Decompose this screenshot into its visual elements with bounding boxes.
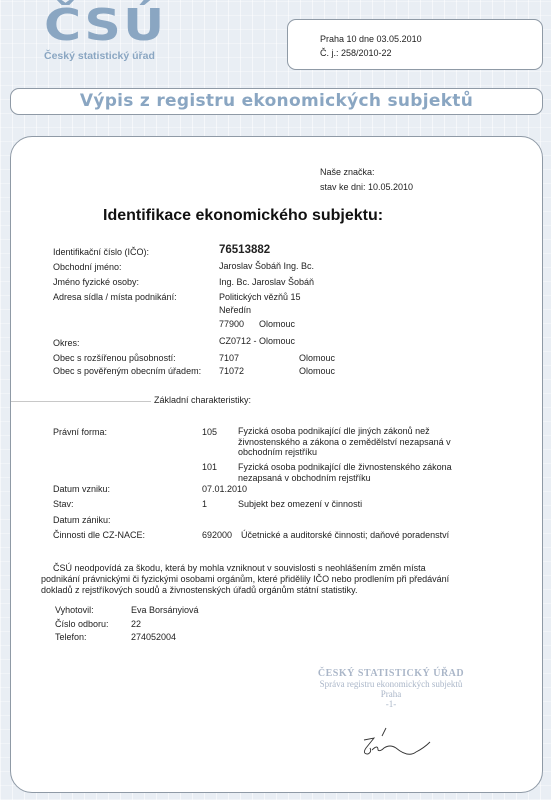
our-reference: Naše značka: stav ke dni: 10.05.2010 bbox=[320, 165, 413, 195]
person-name-value: Ing. Bc. Jaroslav Šobáň bbox=[219, 277, 314, 288]
business-name-label: Obchodní jméno: bbox=[53, 262, 122, 273]
file-number: Č. j.: 258/2010-22 bbox=[320, 46, 542, 60]
status-label: Stav: bbox=[53, 499, 74, 510]
orp-name: Olomouc bbox=[299, 353, 335, 364]
status-text: Subjekt bez omezení v činnosti bbox=[238, 499, 362, 510]
banner-title: Výpis z registru ekonomických subjektů bbox=[10, 88, 543, 115]
legal-form-code-1: 105 bbox=[202, 427, 217, 438]
document-title: Identifikace ekonomického subjektu: bbox=[103, 207, 383, 225]
csu-logo: ČSÚ Český statistický úřad bbox=[44, 4, 164, 62]
signature-icon bbox=[356, 722, 456, 762]
orp-code: 7107 bbox=[219, 353, 239, 364]
reference-box: Praha 10 dne 03.05.2010 Č. j.: 258/2010-… bbox=[287, 19, 543, 70]
logo-mark: ČSÚ bbox=[44, 4, 182, 48]
legal-form-code-2: 101 bbox=[202, 462, 217, 473]
place-date: Praha 10 dne 03.05.2010 bbox=[320, 32, 542, 46]
our-ref-label: Naše značka: bbox=[320, 165, 413, 180]
legal-form-desc-2-line: nezapsaná v obchodním rejstříku bbox=[238, 473, 452, 484]
okres-value: CZ0712 - Olomouc bbox=[219, 336, 295, 347]
disclaimer-text: ČSÚ neodpovídá za škodu, která by mohla … bbox=[41, 563, 461, 596]
address-zip: 77900 bbox=[219, 319, 244, 330]
address-district: Neředín bbox=[219, 305, 251, 316]
legal-form-desc-2-line: Fyzická osoba podnikající dle živnostens… bbox=[238, 462, 452, 473]
extract-document: Naše značka: stav ke dni: 10.05.2010 Ide… bbox=[10, 136, 543, 793]
pou-code: 71072 bbox=[219, 366, 244, 377]
pou-name: Olomouc bbox=[299, 366, 335, 377]
section-divider bbox=[11, 401, 151, 402]
dept-value: 22 bbox=[131, 619, 141, 630]
phone-label: Telefon: bbox=[55, 632, 87, 643]
official-stamp: ČESKÝ STATISTICKÝ ÚŘAD Správa registru e… bbox=[301, 669, 481, 709]
legal-form-desc-1-line: obchodním rejstříku bbox=[238, 447, 451, 458]
prepared-by-label: Vyhotovil: bbox=[55, 605, 94, 616]
stamp-line-3: Praha bbox=[301, 689, 481, 699]
prepared-by-value: Eva Borsányiová bbox=[131, 605, 199, 616]
nace-label: Činnosti dle CZ-NACE: bbox=[53, 530, 145, 541]
pou-label: Obec s pověřeným obecním úřadem: bbox=[53, 366, 201, 377]
stamp-line-2: Správa registru ekonomických subjektů bbox=[301, 679, 481, 689]
state-as-of: stav ke dni: 10.05.2010 bbox=[320, 180, 413, 195]
address-label: Adresa sídla / místa podnikání: bbox=[53, 292, 177, 303]
logo-text: Český statistický úřad bbox=[44, 50, 164, 62]
orp-label: Obec s rozšířenou působností: bbox=[53, 353, 176, 364]
nace-text: Účetnické a auditorské činnosti; daňové … bbox=[241, 530, 449, 541]
basic-section-heading: Základní charakteristiky: bbox=[154, 395, 251, 406]
status-code: 1 bbox=[202, 499, 207, 510]
stamp-line-1: ČESKÝ STATISTICKÝ ÚŘAD bbox=[301, 669, 481, 679]
legal-form-desc-1-line: živnostenského a zákona o zemědělství ne… bbox=[238, 437, 451, 448]
legal-form-desc-1-line: Fyzická osoba podnikající dle jiných zák… bbox=[238, 426, 451, 437]
established-value: 07.01.2010 bbox=[202, 484, 247, 495]
terminated-label: Datum zániku: bbox=[53, 515, 111, 526]
legal-form-label: Právní forma: bbox=[53, 427, 107, 438]
address-street: Politických vězňů 15 bbox=[219, 292, 301, 303]
business-name-value: Jaroslav Šobáň Ing. Bc. bbox=[219, 261, 314, 272]
ico-label: Identifikační číslo (IČO): bbox=[53, 247, 149, 258]
ico-value: 76513882 bbox=[219, 245, 270, 256]
stamp-line-4: -1- bbox=[301, 699, 481, 709]
legal-form-desc-1: Fyzická osoba podnikající dle jiných zák… bbox=[238, 426, 451, 458]
okres-label: Okres: bbox=[53, 338, 80, 349]
established-label: Datum vzniku: bbox=[53, 484, 110, 495]
person-name-label: Jméno fyzické osoby: bbox=[53, 277, 139, 288]
address-city: Olomouc bbox=[259, 319, 295, 330]
dept-label: Číslo odboru: bbox=[55, 619, 109, 630]
nace-code: 692000 bbox=[202, 530, 232, 541]
disclaimer: ČSÚ neodpovídá za škodu, která by mohla … bbox=[41, 563, 461, 596]
legal-form-desc-2: Fyzická osoba podnikající dle živnostens… bbox=[238, 462, 452, 483]
phone-value: 274052004 bbox=[131, 632, 176, 643]
